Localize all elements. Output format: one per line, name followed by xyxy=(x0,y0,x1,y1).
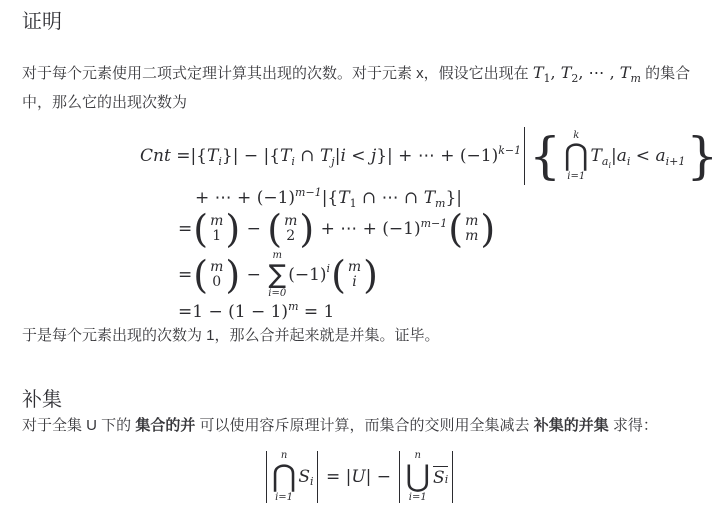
math-roman: , ⋯ , xyxy=(578,63,619,82)
math-roman: = | xyxy=(321,467,352,487)
math-vertical-bar xyxy=(452,451,453,503)
math-roman: < xyxy=(630,146,655,166)
math-variable: T xyxy=(207,146,218,166)
math-roman: + ⋯ + (−1) xyxy=(315,219,420,239)
math-subscript: i xyxy=(218,155,222,168)
math-binomial: (mm) xyxy=(448,211,495,247)
math-big-operator: m∑i=0 xyxy=(268,250,286,299)
text-run: 对于每个元素使用二项式定理计算其出现的次数。对于元素 x，假设它出现在 xyxy=(22,65,533,82)
math-binomial: (m1) xyxy=(193,211,240,247)
math-roman: (−1) xyxy=(288,265,326,285)
proof-conclusion-paragraph: 于是每个元素出现的次数为 1，那么合并起来就是并集。证毕。 xyxy=(22,322,697,350)
math-vertical-bar xyxy=(399,451,400,503)
math-big-operator: k⋂i=1 xyxy=(564,130,589,183)
math-big-brace: } xyxy=(686,131,717,181)
math-roman: = xyxy=(178,219,192,239)
math-variable: T xyxy=(338,188,349,208)
math-subscript: i xyxy=(627,155,631,168)
math-roman: }| + ⋯ + (−1) xyxy=(376,146,498,166)
math-subscript: m xyxy=(435,197,445,210)
math-variable: a xyxy=(617,146,627,166)
math-superscript: m−1 xyxy=(421,217,448,230)
math-variable: S xyxy=(298,467,310,487)
section-heading-proof: 证明 xyxy=(22,10,697,34)
math-binomial: (mi) xyxy=(331,257,378,293)
proof-formula-block: Cnt =|{Ti}| − |{Ti ∩ Tj|i < j}| + ⋯ + (−… xyxy=(140,127,697,322)
math-big-operator: n⋃i=1 xyxy=(405,450,430,503)
math-roman: + ⋯ + (−1) xyxy=(195,188,295,208)
math-vertical-bar xyxy=(317,451,318,503)
text-run: 求得： xyxy=(609,417,658,434)
math-subscript: i xyxy=(310,475,314,488)
math-roman: , xyxy=(551,63,561,82)
math-roman: ∩ xyxy=(295,146,320,166)
math-superscript: i xyxy=(327,262,331,275)
formula-line: + ⋯ + (−1)m−1|{T1 ∩ ⋯ ∩ Tm}| xyxy=(140,188,697,208)
math-roman: |{ xyxy=(322,188,339,208)
math-roman: }| − |{ xyxy=(222,146,280,166)
bold-text-run: 集合的并 xyxy=(135,417,195,434)
math-subscript: 1 xyxy=(544,72,551,85)
math-variable: U xyxy=(351,467,365,487)
math-binomial: (m0) xyxy=(193,257,240,293)
math-roman: =|{ xyxy=(171,146,207,166)
math-variable: T xyxy=(591,146,602,166)
math-subscript: i xyxy=(291,155,295,168)
math-big-operator: n⋂i=1 xyxy=(272,450,297,503)
math-big-brace: { xyxy=(529,131,561,181)
text-run: 对于全集 U 下的 xyxy=(22,417,135,434)
math-subscript: m xyxy=(630,72,640,85)
math-binomial: (m2) xyxy=(267,211,314,247)
math-subscript: ai xyxy=(602,155,611,168)
article-content: 证明 对于每个元素使用二项式定理计算其出现的次数。对于元素 x，假设它出现在 T… xyxy=(0,0,717,503)
proof-intro-paragraph: 对于每个元素使用二项式定理计算其出现的次数。对于元素 x，假设它出现在 T1, … xyxy=(22,59,697,117)
math-vertical-bar xyxy=(266,451,267,503)
formula-line: =(m1) − (m2) + ⋯ + (−1)m−1(mm) xyxy=(140,211,697,247)
math-variable: T xyxy=(280,146,291,166)
math-roman: = xyxy=(178,265,192,285)
math-vertical-bar xyxy=(524,127,525,185)
bold-text-run: 补集的并集 xyxy=(534,417,609,434)
text-run: 可以使用容斥原理计算，而集合的交则用全集减去 xyxy=(195,417,533,434)
math-superscript: k−1 xyxy=(498,144,521,157)
math-superscript: m xyxy=(288,300,298,313)
section-heading-complement: 补集 xyxy=(22,388,697,412)
math-variable: T xyxy=(320,146,331,166)
math-variable: a xyxy=(655,146,665,166)
math-roman: < xyxy=(346,146,371,166)
math-subscript: 2 xyxy=(571,72,578,85)
math-superscript: m−1 xyxy=(295,186,322,199)
math-variable: Cnt xyxy=(140,146,171,166)
complement-paragraph: 对于全集 U 下的 集合的并 可以使用容斥原理计算，而集合的交则用全集减去 补集… xyxy=(22,412,697,440)
math-roman: = 1 xyxy=(299,302,335,322)
math-roman: ∩ ⋯ ∩ xyxy=(357,188,424,208)
math-subscript: 1 xyxy=(350,197,357,210)
math-variable: T xyxy=(424,188,435,208)
math-roman: | − xyxy=(366,467,397,487)
math-roman: =1 − (1 − 1) xyxy=(178,302,288,322)
complement-formula-block: n⋂i=1Si = |U| − n⋃i=1Si xyxy=(22,450,697,503)
formula-line: =(m0) − m∑i=0(−1)i(mi) xyxy=(140,250,697,299)
math-variable: T xyxy=(533,63,544,82)
formula-line: =1 − (1 − 1)m = 1 xyxy=(140,302,697,322)
math-variable: T xyxy=(620,63,631,82)
math-subscript: i+1 xyxy=(666,155,686,168)
formula-line: Cnt =|{Ti}| − |{Ti ∩ Tj|i < j}| + ⋯ + (−… xyxy=(140,127,697,185)
math-roman: − xyxy=(241,219,266,239)
math-roman: − xyxy=(241,265,266,285)
math-variable: T xyxy=(561,63,572,82)
math-subscript: j xyxy=(331,155,334,168)
math-roman: }| xyxy=(445,188,462,208)
math-overline: Si xyxy=(433,466,448,488)
